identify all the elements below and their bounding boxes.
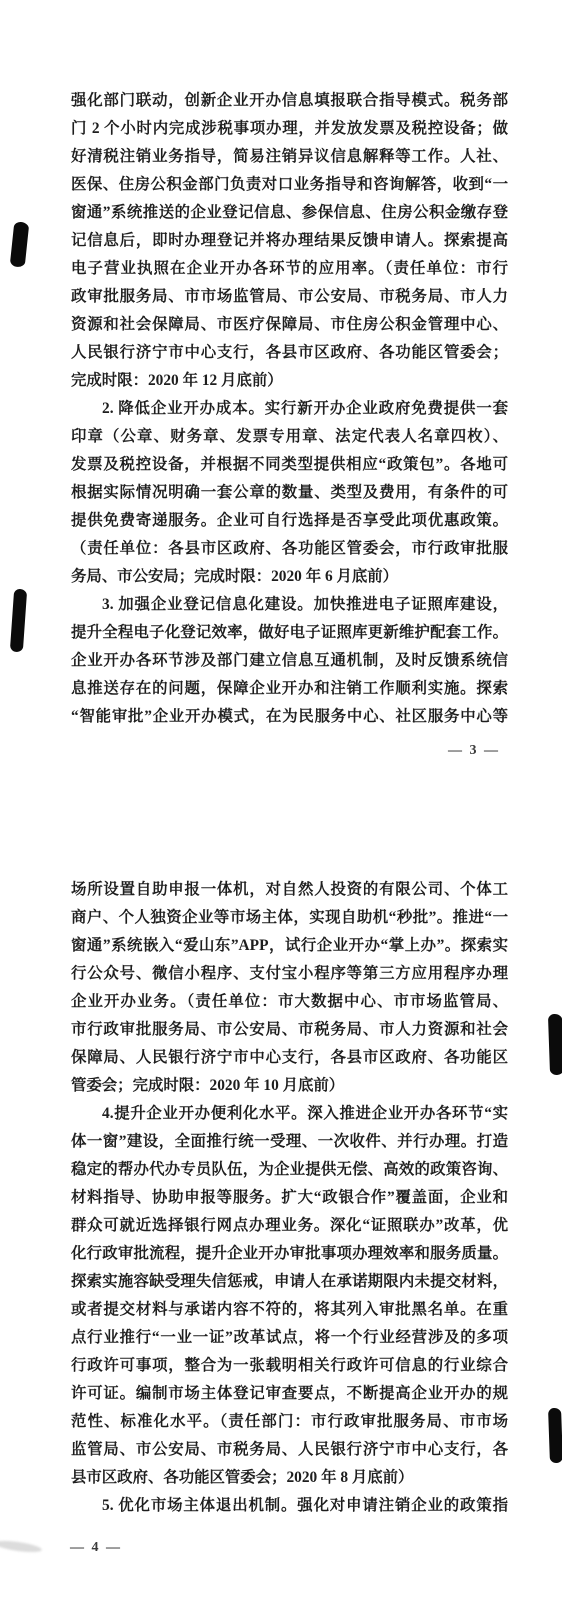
scan-artifact-right-upper <box>548 1014 562 1075</box>
text-line: 完成时限：2020 年 12 月底前） <box>71 367 508 395</box>
text-line: 群众可就近选择银行网点办理业务。深化“证照联办”改革，优 <box>71 1212 508 1240</box>
text-line: 发票及税控设备，并根据不同类型提供相应“政策包”。各地可 <box>71 451 508 479</box>
text-line: 商户、个人独资企业等市场主体，实现自助机“秒批”。推进“一 <box>71 904 508 932</box>
text-line: 电子营业执照在企业开办各环节的应用率。（责任单位：市行 <box>71 255 508 283</box>
text-line: 材料指导、协助申报等服务。扩大“政银合作”覆盖面，企业和 <box>71 1184 508 1212</box>
text-line: 强化部门联动，创新企业开办信息填报联合指导模式。税务部 <box>71 87 508 115</box>
text-line: 县市区政府、各功能区管委会；2020 年 8 月底前） <box>71 1464 508 1492</box>
scanned-document: 强化部门联动，创新企业开办信息填报联合指导模式。税务部门 2 个小时内完成涉税事… <box>0 0 562 1600</box>
text-line: 行政许可事项，整合为一张载明相关行政许可信息的行业综合 <box>71 1352 508 1380</box>
text-line: （责任单位：各县市区政府、各功能区管委会，市行政审批服 <box>71 535 508 563</box>
text-line: 3. 加强企业登记信息化建设。加快推进电子证照库建设， <box>71 591 508 619</box>
text-line: 探索实施容缺受理失信惩戒，申请人在承诺期限内未提交材料， <box>71 1268 508 1296</box>
text-line: 4.提升企业开办便利化水平。深入推进企业开办各环节“实 <box>71 1100 508 1128</box>
page-4-number: — 4 — <box>70 1540 122 1556</box>
text-line: 记信息后，即时办理登记并将办理结果反馈申请人。探索提高 <box>71 227 508 255</box>
text-line: 稳定的帮办代办专员队伍，为企业提供无偿、高效的政策咨询、 <box>71 1156 508 1184</box>
text-line: 门 2 个小时内完成涉税事项办理，并发放发票及税控设备；做 <box>71 115 508 143</box>
text-line: 资源和社会保障局、市医疗保障局、市住房公积金管理中心、 <box>71 311 508 339</box>
document-page-4: 场所设置自助申报一体机，对自然人投资的有限公司、个体工商户、个人独资企业等市场主… <box>0 800 562 1600</box>
text-line: 务局、市公安局；完成时限：2020 年 6 月底前） <box>71 563 508 591</box>
text-line: 企业开办各环节涉及部门建立信息互通机制，及时反馈系统信 <box>71 647 508 675</box>
text-line: 场所设置自助申报一体机，对自然人投资的有限公司、个体工 <box>71 876 508 904</box>
page-3-text-block: 强化部门联动，创新企业开办信息填报联合指导模式。税务部门 2 个小时内完成涉税事… <box>71 87 508 731</box>
text-line: 根据实际情况明确一套公章的数量、类型及费用，有条件的可 <box>71 479 508 507</box>
text-line: 政审批服务局、市市场监管局、市公安局、市税务局、市人力 <box>71 283 508 311</box>
text-line: 化行政审批流程，提升企业开办审批事项办理效率和服务质量。 <box>71 1240 508 1268</box>
text-line: 或者提交材料与承诺内容不符的，将其列入审批黑名单。在重 <box>71 1296 508 1324</box>
text-line: 窗通”系统嵌入“爱山东”APP，试行企业开办“掌上办”。探索实 <box>71 932 508 960</box>
text-line: 监管局、市公安局、市税务局、人民银行济宁市中心支行，各 <box>71 1436 508 1464</box>
text-line: 人民银行济宁市中心支行，各县市区政府、各功能区管委会； <box>71 339 508 367</box>
text-line: “智能审批”企业开办模式，在为民服务中心、社区服务中心等 <box>71 703 508 731</box>
text-line: 2. 降低企业开办成本。实行新开办企业政府免费提供一套 <box>71 395 508 423</box>
scan-artifact-right-lower <box>548 1408 562 1463</box>
text-line: 提升全程电子化登记效率，做好电子证照库更新维护配套工作。 <box>71 619 508 647</box>
text-line: 许可证。编制市场主体登记审查要点，不断提高企业开办的规 <box>71 1380 508 1408</box>
text-line: 医保、住房公积金部门负责对口业务指导和咨询解答，收到“一 <box>71 171 508 199</box>
text-line: 企业开办业务。（责任单位：市大数据中心、市市场监管局、 <box>71 988 508 1016</box>
text-line: 点行业推行“一业一证”改革试点，将一个行业经营涉及的多项 <box>71 1324 508 1352</box>
text-line: 好清税注销业务指导，简易注销异议信息解释等工作。人社、 <box>71 143 508 171</box>
text-line: 印章（公章、财务章、发票专用章、法定代表人名章四枚）、 <box>71 423 508 451</box>
text-line: 提供免费寄递服务。企业可自行选择是否享受此项优惠政策。 <box>71 507 508 535</box>
page-4-text-block: 场所设置自助申报一体机，对自然人投资的有限公司、个体工商户、个人独资企业等市场主… <box>71 876 508 1520</box>
text-line: 行公众号、微信小程序、支付宝小程序等第三方应用程序办理 <box>71 960 508 988</box>
document-page-3: 强化部门联动，创新企业开办信息填报联合指导模式。税务部门 2 个小时内完成涉税事… <box>0 0 562 800</box>
text-line: 5. 优化市场主体退出机制。强化对申请注销企业的政策指 <box>71 1492 508 1520</box>
page-3-number: — 3 — <box>448 743 500 759</box>
text-line: 体一窗”建设，全面推行统一受理、一次收件、并行办理。打造 <box>71 1128 508 1156</box>
text-line: 范性、标准化水平。（责任部门：市行政审批服务局、市市场 <box>71 1408 508 1436</box>
text-line: 息推送存在的问题，保障企业开办和注销工作顺利实施。探索 <box>71 675 508 703</box>
text-line: 保障局、人民银行济宁市中心支行，各县市区政府、各功能区 <box>71 1044 508 1072</box>
text-line: 窗通”系统推送的企业登记信息、参保信息、住房公积金缴存登 <box>71 199 508 227</box>
text-line: 市行政审批服务局、市公安局、市税务局、市人力资源和社会 <box>71 1016 508 1044</box>
text-line: 管委会；完成时限：2020 年 10 月底前） <box>71 1072 508 1100</box>
